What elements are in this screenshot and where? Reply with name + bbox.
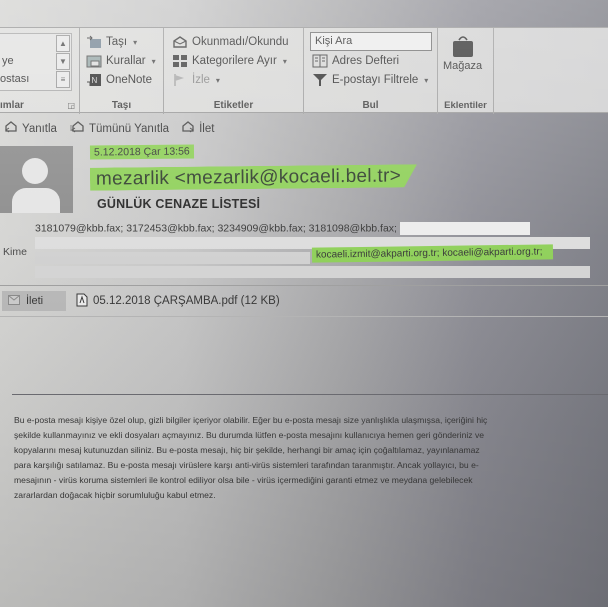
chevron-down-icon: ▾ (283, 57, 287, 66)
categorize-icon (172, 54, 188, 68)
reply-icon (4, 121, 18, 136)
disclaimer-text: Bu e-posta mesajı kişiye özel olup, gizl… (14, 413, 608, 503)
people-search-input[interactable]: Kişi Ara (310, 32, 432, 51)
message-sender[interactable]: mezarlik <mezarlik@kocaeli.bel.tr> (90, 165, 417, 190)
avatar-head (22, 158, 48, 184)
dialog-launcher-icon[interactable]: ◲ (67, 101, 75, 110)
redacted-block (35, 252, 310, 264)
chevron-down-icon: ▾ (152, 57, 156, 66)
reply-all-icon (69, 121, 85, 136)
move-icon (86, 35, 102, 49)
to-label: Kime (3, 246, 27, 258)
onenote-icon: N (86, 73, 102, 87)
quick-step-item[interactable]: ostası (0, 73, 29, 85)
chevron-down-icon: ▾ (133, 38, 137, 47)
message-subject: GÜNLÜK CENAZE LİSTESİ (97, 197, 260, 211)
avatar-body (12, 188, 60, 213)
addins-group: Mağaza Eklentiler (438, 28, 494, 114)
attachment-bar: İleti 05.12.2018 ÇARŞAMBA.pdf (12 KB) (2, 291, 280, 311)
rules-button[interactable]: Kurallar▾ (86, 54, 156, 68)
message-tab[interactable]: İleti (2, 291, 66, 311)
move-group: Taşı▾ Kurallar▾ N OneNote Taşı (80, 28, 164, 114)
recipients-highlight: kocaeli.izmit@akparti.org.tr; kocaeli@ak… (312, 246, 553, 260)
ribbon: ye ostası ▲ ▼ ≡ ımlar ◲ Taşı▾ Kurallar▾ … (0, 27, 608, 113)
unread-read-button[interactable]: Okunmadı/Okundu (172, 35, 289, 49)
chevron-down-icon: ▾ (216, 76, 220, 85)
onenote-button[interactable]: N OneNote (86, 73, 152, 87)
signature-divider (12, 394, 608, 395)
categorize-button[interactable]: Kategorilere Ayır▾ (172, 54, 287, 68)
svg-text:N: N (92, 76, 98, 85)
gallery-scroll-down[interactable]: ▼ (56, 53, 70, 70)
envelope-open-icon (172, 35, 188, 49)
envelope-icon (8, 295, 20, 308)
reply-button[interactable]: Yanıtla (4, 121, 57, 136)
gallery-scroll-up[interactable]: ▲ (56, 35, 70, 52)
group-label: Bul (304, 100, 437, 111)
move-button[interactable]: Taşı▾ (86, 35, 137, 49)
flag-icon (172, 73, 188, 87)
address-book-button[interactable]: Adres Defteri (312, 54, 399, 68)
gallery-expand[interactable]: ≡ (56, 71, 70, 88)
recipients-line: 3181079@kbb.fax; 3172453@kbb.fax; 323490… (35, 222, 530, 235)
pdf-icon (76, 293, 88, 310)
find-group: Kişi Ara Adres Defteri E-postayı Filtrel… (304, 28, 438, 114)
quick-step-item[interactable]: ye (2, 55, 14, 67)
sender-avatar (0, 146, 73, 213)
store-bag-icon (450, 34, 476, 58)
attachment-file[interactable]: 05.12.2018 ÇARŞAMBA.pdf (12 KB) (76, 293, 280, 310)
redacted-block (35, 266, 590, 278)
rules-icon (86, 54, 102, 68)
store-button[interactable]: Mağaza (443, 34, 482, 72)
group-label: Etiketler (164, 100, 303, 111)
follow-up-button[interactable]: İzle▾ (172, 73, 220, 87)
address-book-icon (312, 54, 328, 68)
quick-steps-group: ye ostası ▲ ▼ ≡ ımlar ◲ (0, 28, 80, 114)
forward-button[interactable]: İlet (181, 121, 214, 136)
group-label: Eklentiler (438, 100, 493, 111)
reply-all-button[interactable]: Tümünü Yanıtla (69, 121, 169, 136)
reply-toolbar: Yanıtla Tümünü Yanıtla İlet (4, 121, 214, 136)
forward-icon (181, 121, 195, 136)
tags-group: Okunmadı/Okundu Kategorilere Ayır▾ İzle▾… (164, 28, 304, 114)
message-date: 5.12.2018 Çar 13:56 (90, 145, 194, 158)
group-label: Taşı (80, 100, 163, 111)
divider (0, 316, 608, 317)
filter-icon (312, 73, 328, 87)
filter-email-button[interactable]: E-postayı Filtrele▾ (312, 73, 428, 87)
divider (0, 285, 608, 286)
chevron-down-icon: ▾ (424, 76, 428, 85)
redacted-block (400, 222, 530, 235)
quick-steps-gallery[interactable]: ye ostası ▲ ▼ ≡ (0, 33, 72, 91)
